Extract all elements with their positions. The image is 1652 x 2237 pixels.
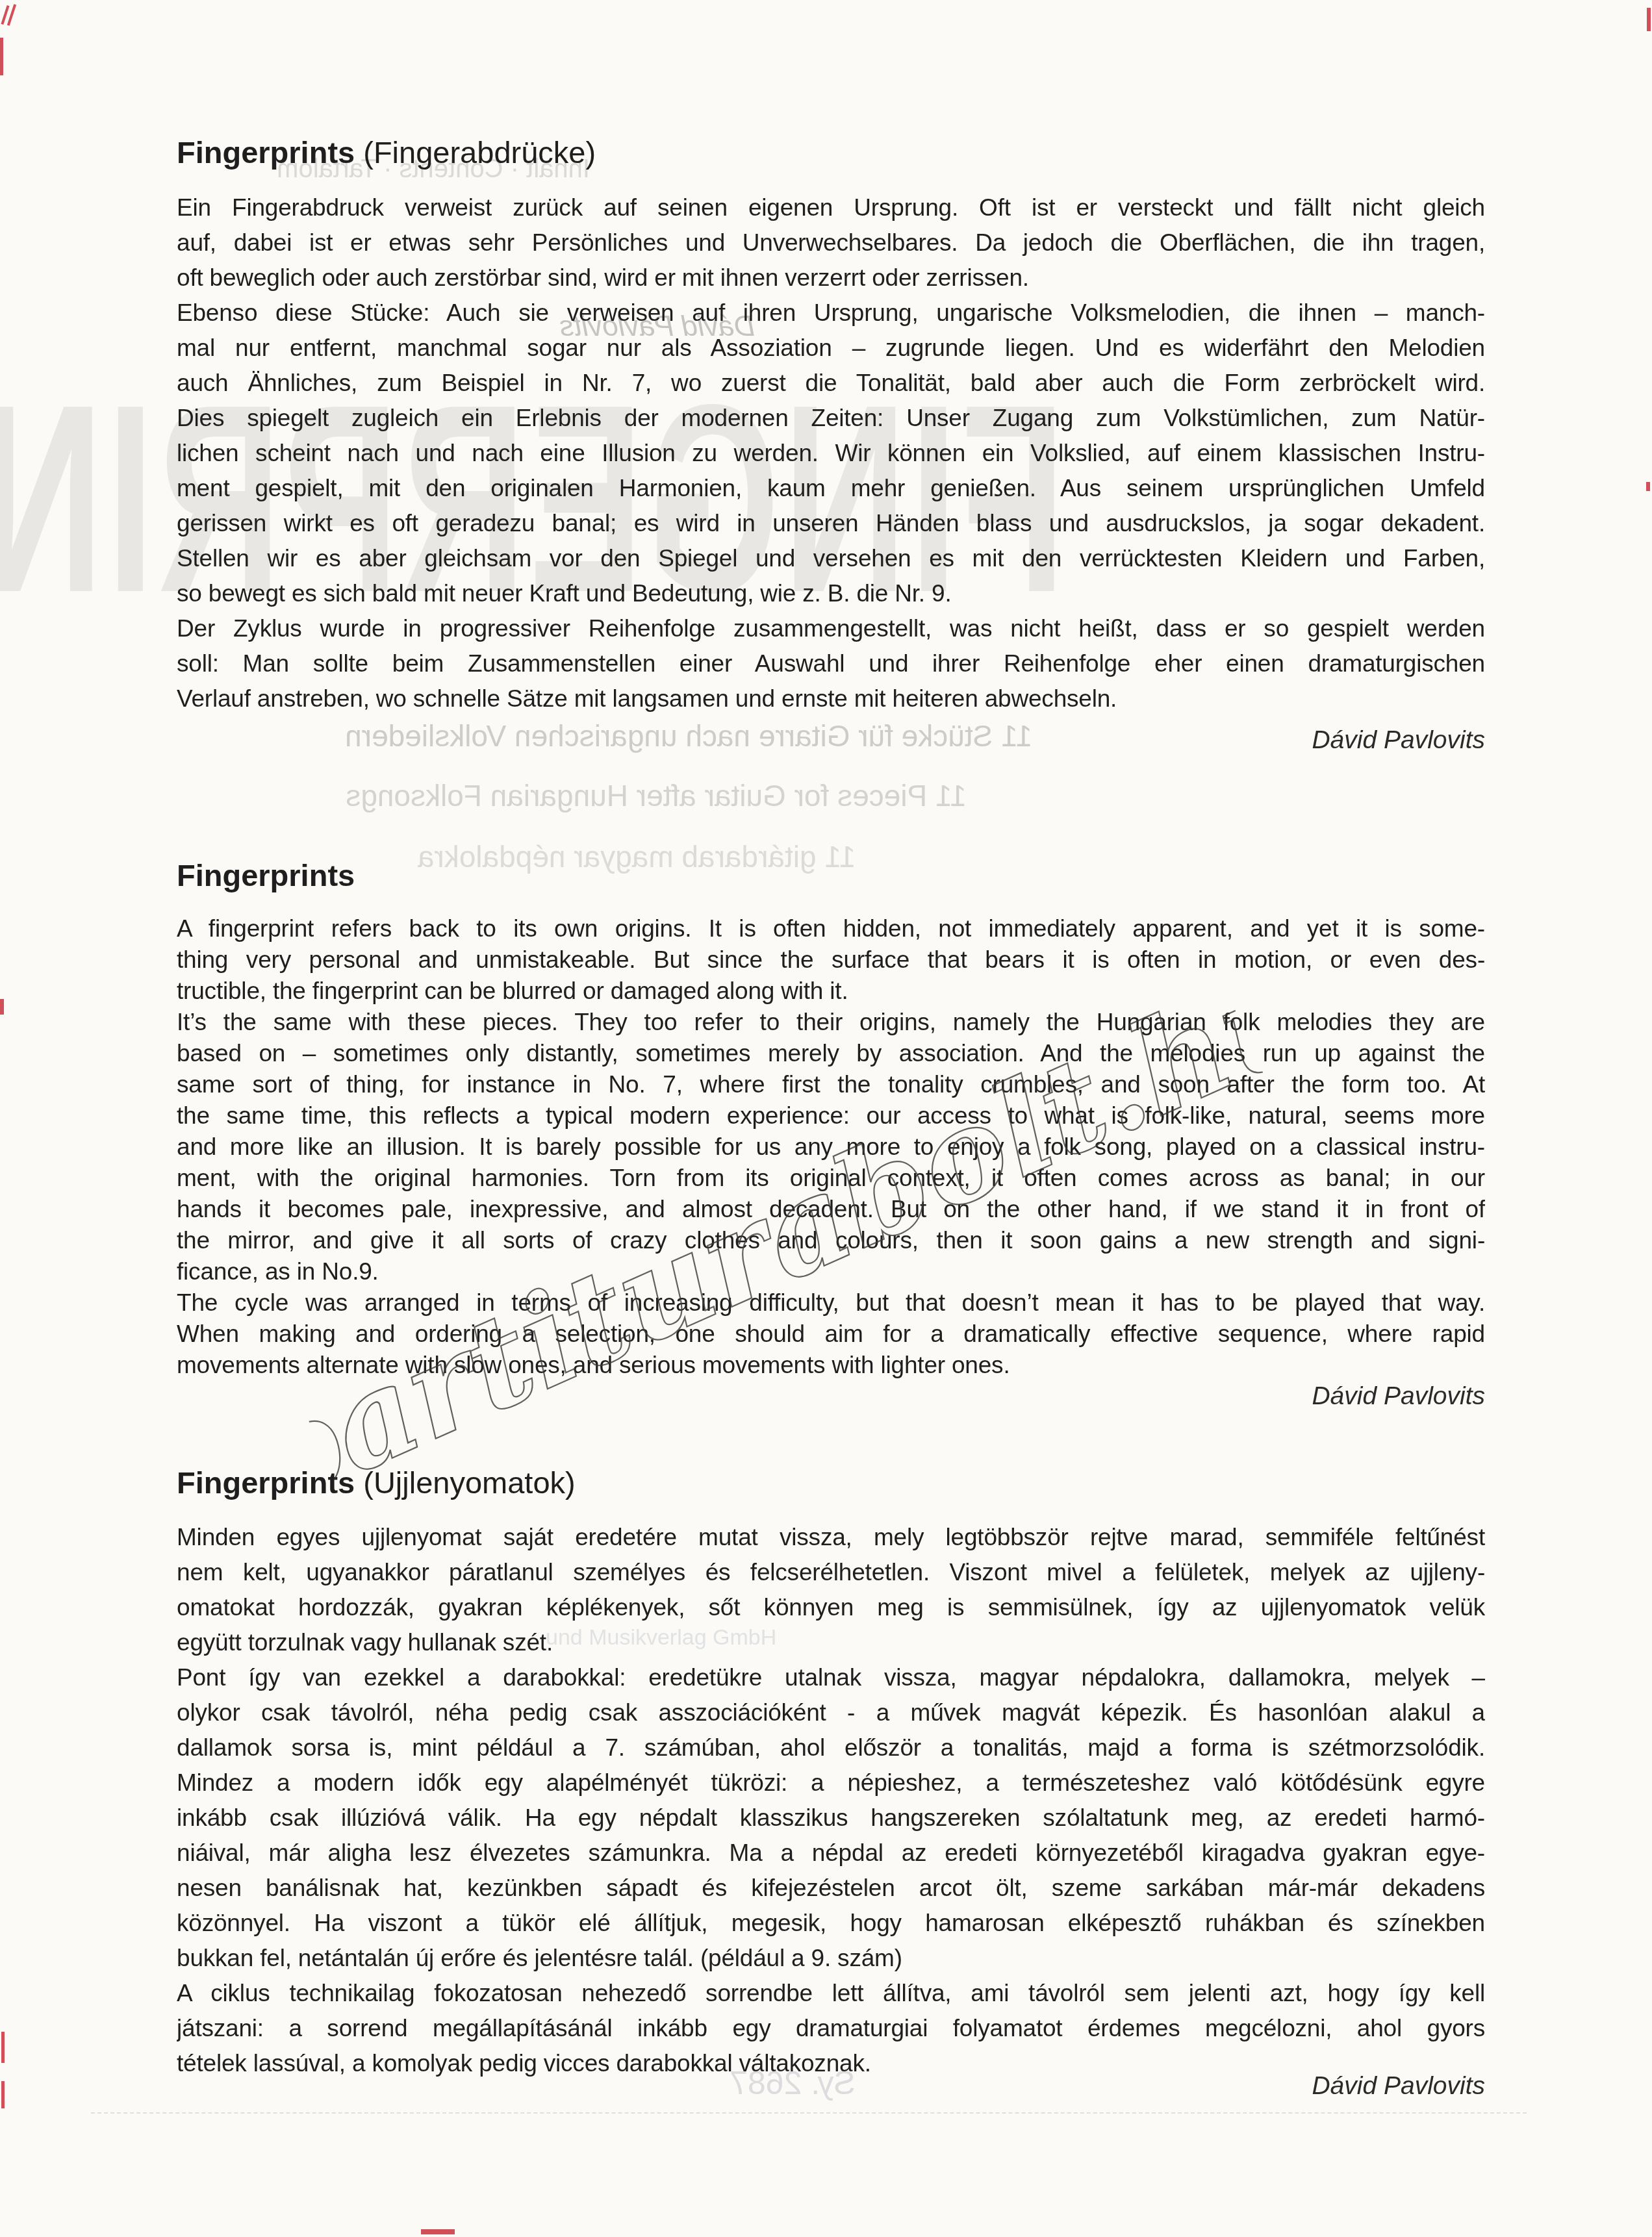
text-line: inkább csak illúzióvá válik. Ha egy népd… — [177, 1801, 1485, 1836]
red-scan-mark — [1647, 8, 1651, 31]
text-line: ment gespielt, mit den originalen Harmon… — [177, 471, 1485, 506]
text-line: bukkan fel, netántalán új erőre és jelen… — [177, 1941, 1485, 1976]
text-line: dallamok sorsa is, mint például a 7. szá… — [177, 1730, 1485, 1765]
page-title-german: Fingerprints (Fingerabdrücke) — [177, 133, 1485, 172]
text-line: tructible, the fingerprint can be blurre… — [177, 976, 1485, 1007]
text-line: Der Zyklus wurde in progressiver Reihenf… — [177, 611, 1485, 646]
text-line: együtt torzulnak vagy hullanak szét. — [177, 1625, 1485, 1660]
text-line: ment, with the original harmonies. Torn … — [177, 1163, 1485, 1194]
page-title-hungarian: Fingerprints (Ujjlenyomatok) — [177, 1463, 1485, 1502]
text-line: nem kelt, ugyanakkor páratlanul személye… — [177, 1555, 1485, 1590]
text-line: same sort of thing, for instance in No. … — [177, 1069, 1485, 1100]
text-line: It’s the same with these pieces. They to… — [177, 1007, 1485, 1038]
scanned-preface-page: Inhalt · Contents · Tartalom Dávid Pavlo… — [0, 0, 1652, 2237]
text-line: auch Ähnliches, zum Beispiel in Nr. 7, w… — [177, 366, 1485, 401]
text-line: so bewegt es sich bald mit neuer Kraft u… — [177, 576, 1485, 611]
red-scan-mark — [421, 2229, 455, 2234]
text-line: based on – sometimes only distantly, som… — [177, 1038, 1485, 1069]
text-line: Ein Fingerabdruck verweist zurück auf se… — [177, 190, 1485, 225]
text-line: niáival, már aligha lesz élvezetes számu… — [177, 1836, 1485, 1871]
text-line: nesen banálisnak hat, kezünkben sápadt é… — [177, 1871, 1485, 1906]
text-line: olykor csak távolról, néha pedig csak as… — [177, 1695, 1485, 1730]
red-scan-mark — [1, 2032, 5, 2063]
text-line: mal nur entfernt, manchmal sogar nur als… — [177, 331, 1485, 366]
text-line: gerissen wirkt es oft geradezu banal; es… — [177, 506, 1485, 541]
text-line: auf, dabei ist er etwas sehr Persönliche… — [177, 225, 1485, 260]
german-section-heading: Fingerprints (Fingerabdrücke) — [177, 133, 1485, 172]
text-line: A ciklus technikailag fokozatosan neheze… — [177, 1976, 1485, 2011]
text-line: oft beweglich oder auch zerstörbar sind,… — [177, 260, 1485, 296]
red-scan-mark — [1646, 482, 1650, 491]
hungarian-section-heading: Fingerprints (Ujjlenyomatok) — [177, 1463, 1485, 1502]
heading-bold: Fingerprints — [177, 1465, 355, 1500]
text-line: The cycle was arranged in terms of incre… — [177, 1287, 1485, 1319]
text-line: and more like an illusion. It is barely … — [177, 1131, 1485, 1163]
scan-faint-line — [91, 2112, 1527, 2114]
hungarian-signature: Dávid Pavlovits — [177, 2072, 1485, 2101]
text-line: közönnyel. Ha viszont a tükör elé állítj… — [177, 1906, 1485, 1941]
english-section-heading: Fingerprints — [177, 856, 1485, 895]
text-line: Ebenso diese Stücke: Auch sie verweisen … — [177, 296, 1485, 331]
text-line: the same time, this reflects a typical m… — [177, 1100, 1485, 1131]
red-scan-mark — [0, 38, 3, 75]
text-line: Mindez a modern idők egy alapélményét tü… — [177, 1765, 1485, 1801]
text-line: Minden egyes ujjlenyomat saját eredetére… — [177, 1520, 1485, 1555]
text-line: omatokat hordozzák, gyakran képlékenyek,… — [177, 1590, 1485, 1625]
english-signature: Dávid Pavlovits — [177, 1382, 1485, 1411]
text-line: A fingerprint refers back to its own ori… — [177, 913, 1485, 944]
text-line: thing very personal and unmistakeable. B… — [177, 944, 1485, 976]
german-paragraphs: Ein Fingerabdruck verweist zurück auf se… — [177, 190, 1485, 716]
showthrough-subtitle-english: 11 Pieces for Guitar after Hungarian Fol… — [221, 778, 1091, 813]
text-line: Verlauf anstreben, wo schnelle Sätze mit… — [177, 681, 1485, 716]
hungarian-paragraphs: Minden egyes ujjlenyomat saját eredetére… — [177, 1520, 1485, 2081]
text-line: Dies spiegelt zugleich ein Erlebnis der … — [177, 401, 1485, 436]
page-title-english: Fingerprints — [177, 856, 1485, 895]
english-paragraphs: A fingerprint refers back to its own ori… — [177, 913, 1485, 1381]
text-line: movements alternate with slow ones, and … — [177, 1350, 1485, 1381]
red-scan-mark — [1, 2081, 5, 2108]
text-line: játszani: a sorrend megállapításánál ink… — [177, 2011, 1485, 2046]
red-scan-mark — [0, 999, 4, 1015]
text-line: hands it becomes pale, inexpressive, and… — [177, 1194, 1485, 1225]
text-line: the mirror, and give it all sorts of cra… — [177, 1225, 1485, 1256]
text-line: When making and ordering a selection, on… — [177, 1319, 1485, 1350]
text-line: Pont így van ezekkel a darabokkal: erede… — [177, 1660, 1485, 1695]
heading-bold: Fingerprints — [177, 858, 355, 892]
text-line: Stellen wir es aber gleichsam vor den Sp… — [177, 541, 1485, 576]
text-line: lichen scheint nach und nach eine Illusi… — [177, 436, 1485, 471]
heading-bold: Fingerprints — [177, 135, 355, 170]
text-line: soll: Man sollte beim Zusammenstellen ei… — [177, 646, 1485, 681]
heading-translation: (Fingerabdrücke) — [355, 135, 596, 170]
german-signature: Dávid Pavlovits — [177, 726, 1485, 755]
text-line: ficance, as in No.9. — [177, 1256, 1485, 1287]
heading-translation: (Ujjlenyomatok) — [355, 1465, 576, 1500]
